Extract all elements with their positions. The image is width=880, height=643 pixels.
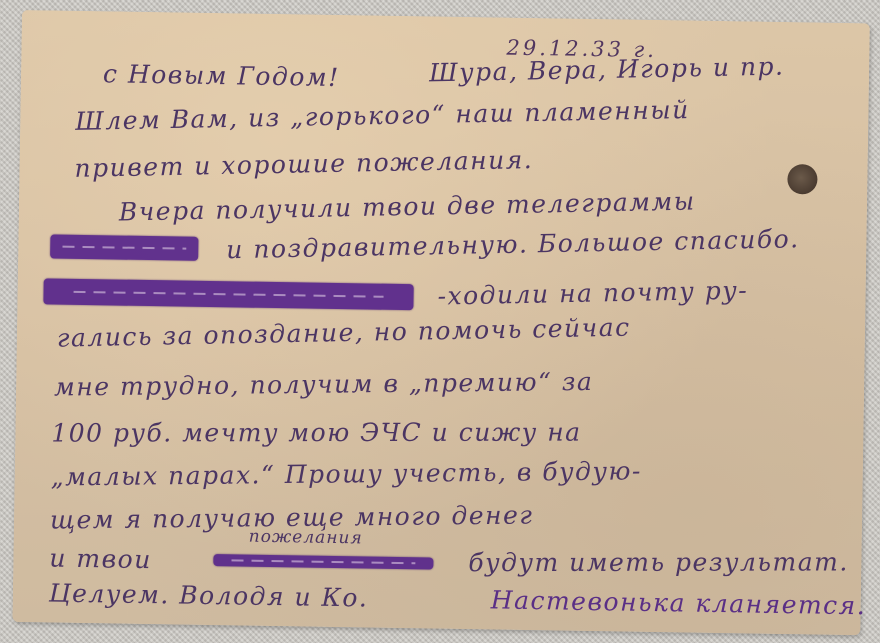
line-12-end: будут иметь результат. bbox=[468, 547, 848, 577]
line-8: мне трудно, получим в „премию“ за bbox=[54, 367, 594, 402]
line-5: и поздравительную. Большое спасибо. bbox=[226, 224, 800, 264]
line-4: Вчера получили твои две телеграммы bbox=[119, 186, 696, 226]
redacted-word bbox=[50, 234, 198, 260]
correction-above: пожелания bbox=[249, 527, 363, 549]
punched-hole bbox=[787, 164, 817, 194]
line-names: Шура, Вера, Игорь и пр. bbox=[429, 52, 785, 88]
greeting: с Новым Годом! bbox=[103, 59, 340, 92]
line-12-start: и твои bbox=[49, 543, 152, 574]
line-9: 100 руб. мечту мою ЭЧС и сижу на bbox=[51, 418, 581, 448]
line-2: Шлем Вам, из „горького“ наш пламенный bbox=[75, 95, 690, 136]
line-10: „малых парах.“ Прошу учесть, в будую- bbox=[51, 456, 642, 491]
line-7: гались за опоздание, но помочь сейчас bbox=[57, 313, 631, 353]
line-6: -ходили на почту ру- bbox=[437, 276, 748, 311]
redacted-phrase bbox=[43, 278, 413, 310]
postcard: 29.12.33 г. с Новым Годом! Шура, Вера, И… bbox=[12, 10, 870, 635]
signature: Целуем. Володя и Ко. bbox=[49, 578, 369, 612]
crossed-out-word bbox=[213, 554, 433, 569]
closing-note: Настевонька кланяется. bbox=[491, 585, 867, 620]
line-3: привет и хорошие пожелания. bbox=[74, 145, 533, 183]
